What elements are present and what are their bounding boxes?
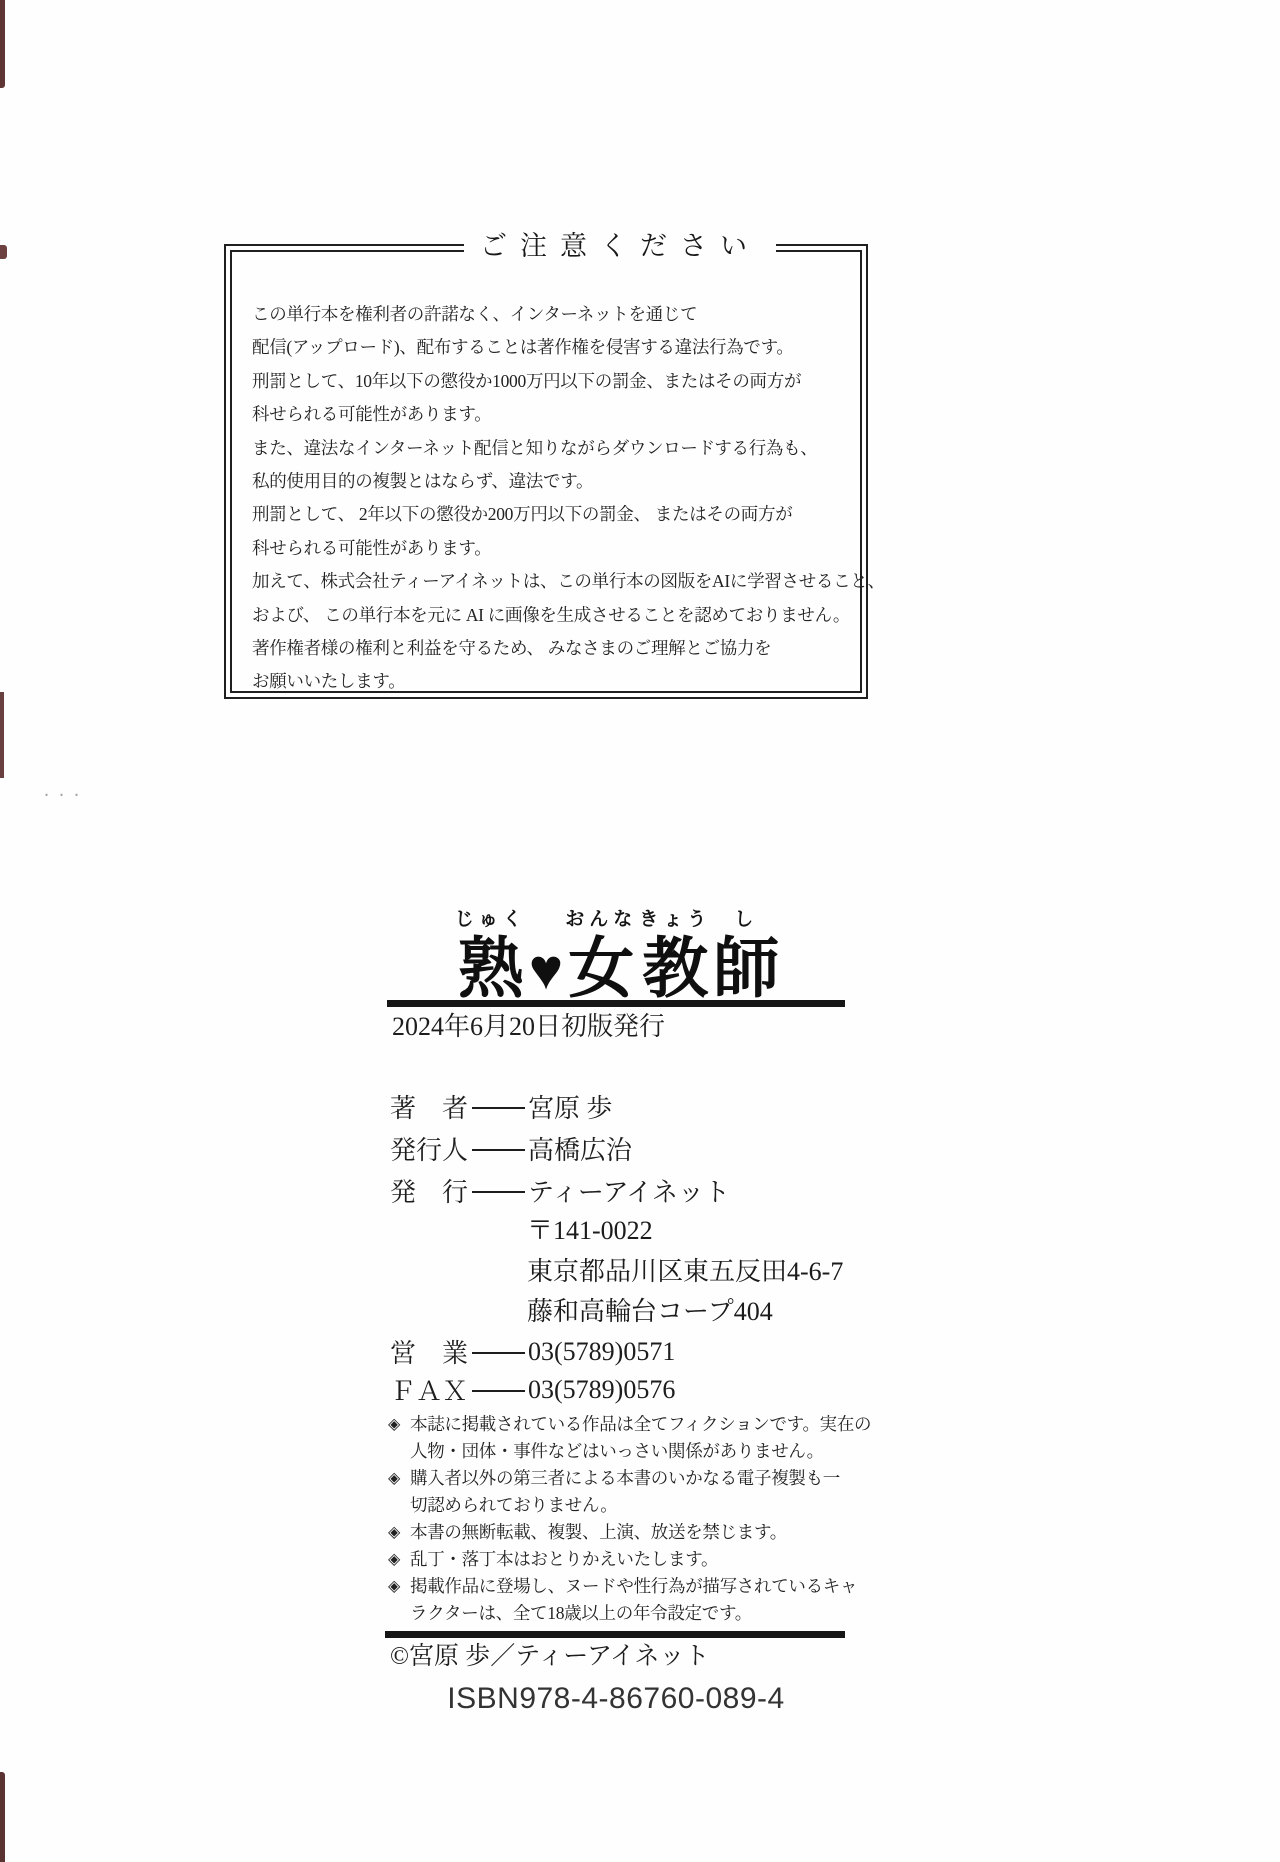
notice-line: 配信(アップロード)、配布することは著作権を侵害する違法行為です。 <box>252 331 862 364</box>
colophon-row: 発 行ティーアイネット <box>390 1169 860 1211</box>
dash-line <box>472 1352 525 1354</box>
address-line: 東京都品川区東五反田4-6-7 <box>527 1252 860 1293</box>
colophon-row: 営 業03(5789)0571 <box>390 1333 860 1371</box>
colophon-label: 著 者 <box>390 1088 470 1125</box>
address-line: 藤和高輪台コープ404 <box>527 1292 860 1333</box>
notice-line: および、 この単行本を元に AI に画像を生成させることを認めておりません。 <box>252 599 862 632</box>
colophon: 著 者宮原 歩発行人高橋広治発 行ティーアイネット 〒141-0022東京都品川… <box>390 1085 860 1409</box>
furigana: じゅく <box>455 907 527 933</box>
notice-body: この単行本を権利者の許諾なく、インターネットを通じて配信(アップロード)、配布す… <box>252 298 862 699</box>
colophon-row: 発行人高橋広治 <box>390 1127 860 1169</box>
dash-line <box>472 1191 525 1193</box>
legal-notes: ◈本誌に掲載されている作品は全てフィクションです。実在の人物・団体・事件などはい… <box>388 1411 874 1627</box>
notice-line: 著作権者様の権利と利益を守るため、 みなさまのご理解とご協力を <box>252 632 862 665</box>
dash-line <box>472 1107 525 1109</box>
address-line: 〒141-0022 <box>527 1211 860 1252</box>
note-text: 本誌に掲載されている作品は全てフィクションです。実在の人物・団体・事件などはいっ… <box>410 1411 874 1465</box>
diamond-icon: ◈ <box>388 1573 410 1600</box>
note-text: 購入者以外の第三者による本書のいかなる電子複製も一切認められておりません。 <box>410 1465 874 1519</box>
scan-artifact <box>0 0 5 88</box>
diamond-icon: ◈ <box>388 1411 410 1438</box>
furigana: きょう <box>639 907 711 933</box>
divider-bottom <box>385 1631 845 1638</box>
diamond-icon: ◈ <box>388 1465 410 1492</box>
colophon-label: 発行人 <box>390 1130 470 1167</box>
dash-line <box>472 1390 525 1392</box>
scan-artifact-dots: ··· <box>42 786 87 804</box>
copyright-line: ©宮原 歩／ティーアイネット <box>390 1641 710 1673</box>
colophon-label: 営 業 <box>390 1333 470 1370</box>
note-text: 乱丁・落丁本はおとりかえいたします。 <box>410 1546 874 1573</box>
publisher-address: 〒141-0022東京都品川区東五反田4-6-7藤和高輪台コープ404 <box>527 1211 860 1333</box>
book-title: じゅく熟 ♥おんな女きょう教し師 <box>357 905 877 1007</box>
diamond-icon: ◈ <box>388 1519 410 1546</box>
isbn: ISBN978-4-86760-089-4 <box>387 1680 845 1718</box>
scan-artifact <box>0 245 7 259</box>
publication-date: 2024年6月20日初版発行 <box>392 1009 665 1045</box>
legal-note: ◈本書の無断転載、複製、上演、放送を禁じます。 <box>388 1519 874 1546</box>
title-char: おんな女 <box>565 907 637 1007</box>
title-char: じゅく熟 <box>455 907 527 1007</box>
title-kanji: 熟 <box>458 933 524 1007</box>
note-text: 掲載作品に登場し、ヌードや性行為が描写されているキャラクターは、全て18歳以上の… <box>410 1573 874 1627</box>
notice-line: 刑罰として、 2年以下の懲役か200万円以下の罰金、 またはその両方が <box>252 498 862 531</box>
legal-note: ◈購入者以外の第三者による本書のいかなる電子複製も一切認められておりません。 <box>388 1465 874 1519</box>
colophon-rows-primary: 著 者宮原 歩発行人高橋広治発 行ティーアイネット <box>390 1085 860 1211</box>
diamond-icon: ◈ <box>388 1546 410 1573</box>
notice-line: 科せられる可能性があります。 <box>252 398 862 431</box>
colophon-value: 高橋広治 <box>528 1130 632 1167</box>
notice-line: 刑罰として、10年以下の懲役か1000万円以下の罰金、またはその両方が <box>252 365 862 398</box>
notice-title: ご注意ください <box>464 225 776 267</box>
legal-note: ◈乱丁・落丁本はおとりかえいたします。 <box>388 1546 874 1573</box>
scan-artifact <box>0 692 4 778</box>
colophon-value: 03(5789)0576 <box>528 1375 675 1405</box>
legal-note: ◈掲載作品に登場し、ヌードや性行為が描写されているキャラクターは、全て18歳以上… <box>388 1573 874 1627</box>
colophon-rows-contact: 営 業03(5789)0571ＦＡＸ03(5789)0576 <box>390 1333 860 1409</box>
colophon-value: 03(5789)0571 <box>528 1337 675 1367</box>
heart-glyph: ♥ <box>529 931 563 1007</box>
notice-line: この単行本を権利者の許諾なく、インターネットを通じて <box>252 298 862 331</box>
furigana <box>541 905 551 931</box>
colophon-row: ＦＡＸ03(5789)0576 <box>390 1371 860 1409</box>
notice-line: また、違法なインターネット配信と知りながらダウンロードする行為も、 <box>252 432 862 465</box>
notice-line: 科せられる可能性があります。 <box>252 532 862 565</box>
colophon-label: 発 行 <box>390 1172 470 1209</box>
colophon-value: 宮原 歩 <box>528 1088 613 1125</box>
furigana: おんな <box>565 907 637 933</box>
title-char: きょう教 <box>639 907 711 1007</box>
colophon-row: 著 者宮原 歩 <box>390 1085 860 1127</box>
colophon-page: ··· ご注意ください この単行本を権利者の許諾なく、インターネットを通じて配信… <box>0 0 1280 1862</box>
furigana: し <box>734 907 758 933</box>
legal-note: ◈本誌に掲載されている作品は全てフィクションです。実在の人物・団体・事件などはい… <box>388 1411 874 1465</box>
colophon-label: ＦＡＸ <box>390 1371 470 1408</box>
notice-line: 私的使用目的の複製とはならず、違法です。 <box>252 465 862 498</box>
scan-artifact <box>0 1772 5 1862</box>
notice-line: 加えて、株式会社ティーアイネットは、この単行本の図版をAIに学習させること、 <box>252 565 862 598</box>
title-kanji: 教 <box>642 933 708 1007</box>
title-kanji: 女 <box>568 933 634 1007</box>
title-kanji: 師 <box>713 933 779 1007</box>
dash-line <box>472 1149 525 1151</box>
copyright-notice-box: ご注意ください この単行本を権利者の許諾なく、インターネットを通じて配信(アップ… <box>224 244 868 699</box>
colophon-value: ティーアイネット <box>528 1172 730 1209</box>
divider-top <box>387 1000 845 1007</box>
title-char: し師 <box>713 907 779 1007</box>
note-text: 本書の無断転載、複製、上演、放送を禁じます。 <box>410 1519 874 1546</box>
heart-icon: ♥ <box>529 905 563 1007</box>
notice-line: お願いいたします。 <box>252 665 862 698</box>
